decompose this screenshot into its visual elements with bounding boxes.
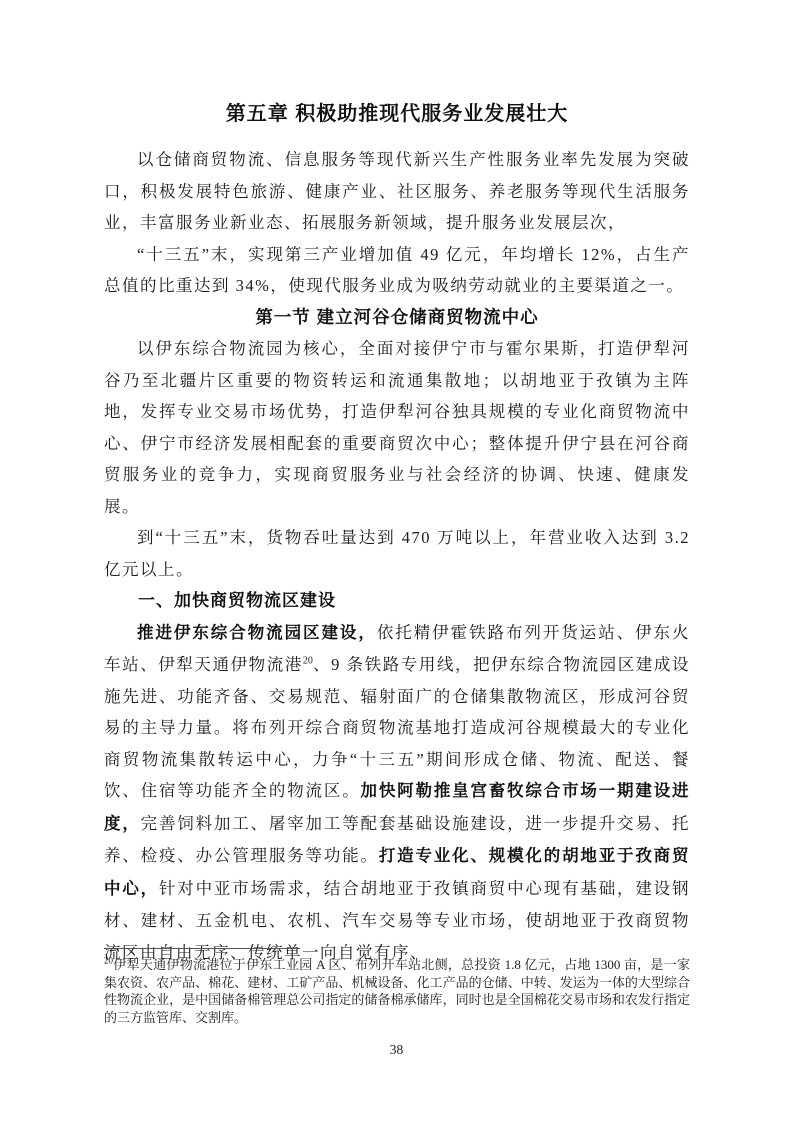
page-body: 第五章 积极助推现代服务业发展壮大 以仓储商贸物流、信息服务等现代新兴生产性服务… xyxy=(104,98,690,968)
footnote-separator-line xyxy=(104,948,300,949)
text-run-2: 、9 条铁路专用线，把伊东综合物流园区建成设施先进、功能齐备、交易规范、辐射面广… xyxy=(104,655,690,800)
page-number: 38 xyxy=(0,1042,793,1058)
section-1-paragraph-2: 到“十三五”末，货物吞吐量达到 470 万吨以上，年营业收入达到 3.2 亿元以… xyxy=(104,522,690,585)
section-1-paragraph-1: 以伊东综合物流园为核心，全面对接伊宁市与霍尔果斯，打造伊犁河谷乃至北疆片区重要的… xyxy=(104,333,690,522)
subsection-1-heading: 一、加快商贸物流区建设 xyxy=(104,585,690,617)
intro-paragraph-2: “十三五”末，实现第三产业增加值 49 亿元，年均增长 12%，占生产总值的比重… xyxy=(104,239,690,302)
intro-paragraph-1: 以仓储商贸物流、信息服务等现代新兴生产性服务业率先发展为突破口，积极发展特色旅游… xyxy=(104,144,690,239)
footnote-reference-marker: 20 xyxy=(303,656,313,667)
footnote-body: 伊犁天通伊物流港位于伊东工业园 A 区、布列开车站北侧，总投资 1.8 亿元，占… xyxy=(104,957,690,1025)
chapter-title: 第五章 积极助推现代服务业发展壮大 xyxy=(104,98,690,130)
document-page: 第五章 积极助推现代服务业发展壮大 以仓储商贸物流、信息服务等现代新兴生产性服务… xyxy=(0,0,793,1122)
bold-lead-logistics-park: 推进伊东综合物流园区建设， xyxy=(137,624,377,642)
subsection-1-paragraph: 推进伊东综合物流园区建设，依托精伊霍铁路布列开货运站、伊东火车站、伊犁天通伊物流… xyxy=(104,617,690,969)
footnote-block: 20伊犁天通伊物流港位于伊东工业园 A 区、布列开车站北侧，总投资 1.8 亿元… xyxy=(104,948,690,1026)
section-1-heading: 第一节 建立河谷仓储商贸物流中心 xyxy=(104,302,690,334)
footnote-number: 20 xyxy=(104,956,113,966)
footnote-text: 20伊犁天通伊物流港位于伊东工业园 A 区、布列开车站北侧，总投资 1.8 亿元… xyxy=(104,956,690,1026)
